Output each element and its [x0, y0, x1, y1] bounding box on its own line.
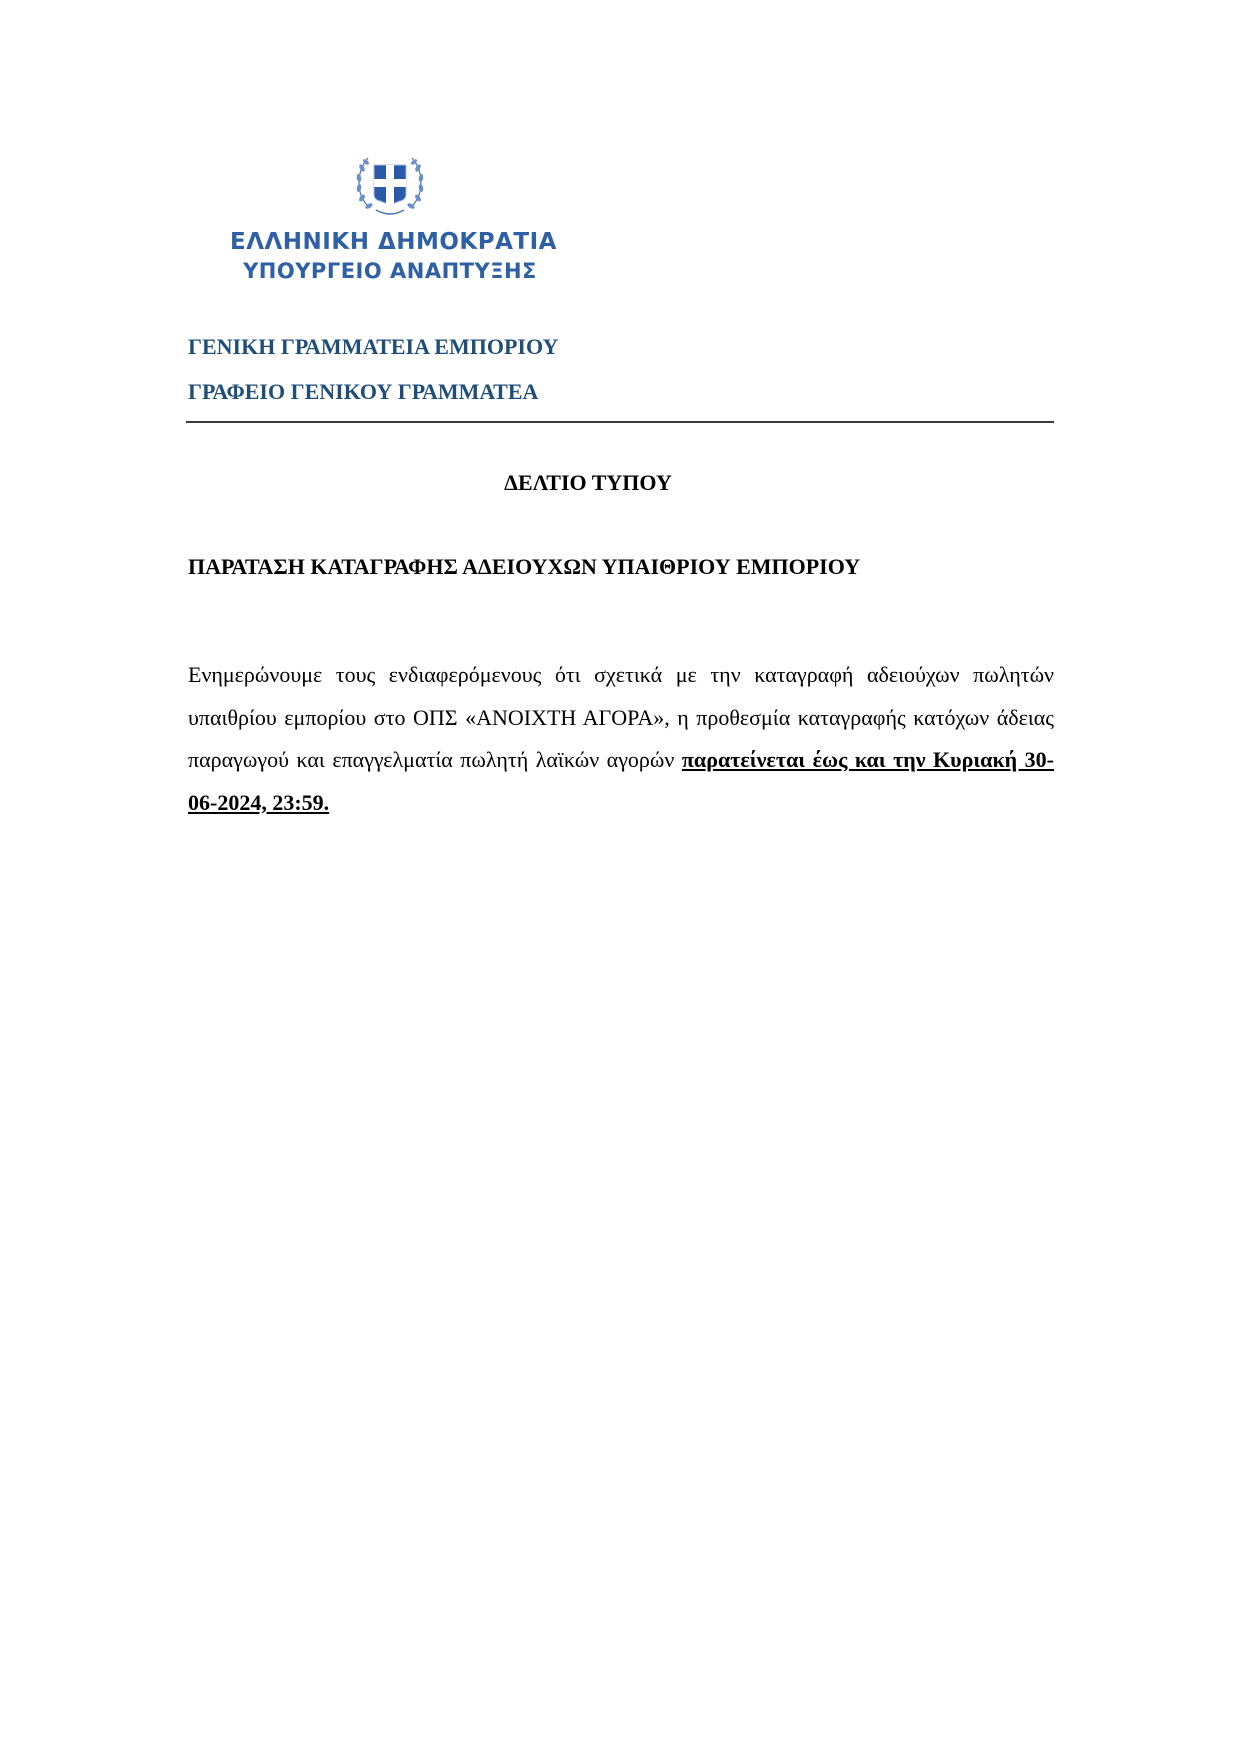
logo-ministry-name: ΥΠΟΥΡΓΕΙΟ ΑΝΑΠΤΥΞΗΣ — [230, 257, 550, 285]
secretariat-heading: ΓΕΝΙΚΗ ΓΡΑΜΜΑΤΕΙΑ ΕΜΠΟΡΙΟΥ — [188, 334, 558, 360]
header-divider — [186, 421, 1054, 423]
press-release-body: Ενημερώνουμε τους ενδιαφερόμενους ότι σχ… — [188, 654, 1054, 824]
logo-country-name: ΕΛΛΗΝΙΚΗ ΔΗΜΟΚΡΑΤΙΑ — [230, 228, 550, 256]
document-page: ΕΛΛΗΝΙΚΗ ΔΗΜΟΚΡΑΤΙΑ ΥΠΟΥΡΓΕΙΟ ΑΝΑΠΤΥΞΗΣ … — [0, 0, 1241, 1754]
office-heading: ΓΡΑΦΕΙΟ ΓΕΝΙΚΟΥ ΓΡΑΜΜΑΤΕΑ — [188, 379, 538, 405]
press-release-headline: ΠΑΡΑΤΑΣΗ ΚΑΤΑΓΡΑΦΗΣ ΑΔΕΙΟΥΧΩΝ ΥΠΑΙΘΡΙΟΥ … — [188, 554, 860, 580]
document-type-title: ΔΕΛΤΙΟ ΤΥΠΟΥ — [0, 470, 1176, 496]
letterhead-logo: ΕΛΛΗΝΙΚΗ ΔΗΜΟΚΡΑΤΙΑ ΥΠΟΥΡΓΕΙΟ ΑΝΑΠΤΥΞΗΣ — [230, 148, 550, 285]
greek-coat-of-arms-icon — [352, 148, 428, 220]
